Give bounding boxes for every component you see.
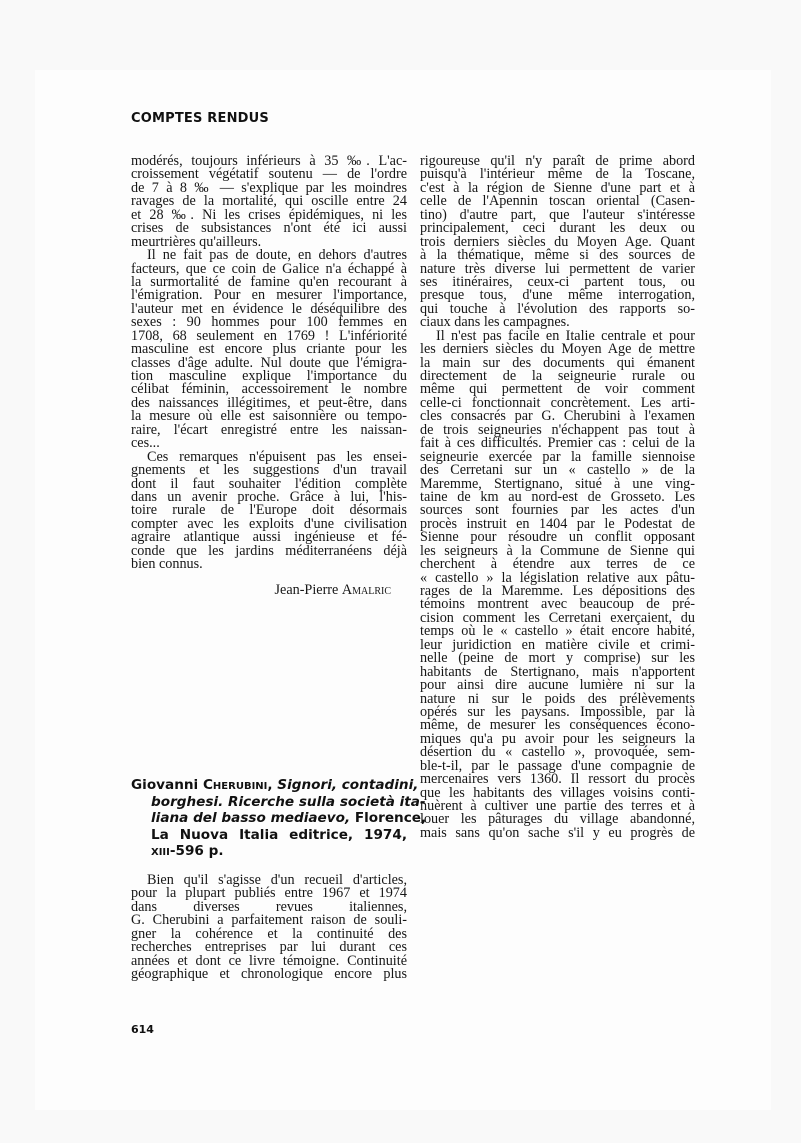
publisher-year: La Nuova Italia editrice, 1974, (151, 827, 407, 843)
right-column: rigoureuse qu'il n'y paraît de prime abo… (420, 155, 695, 840)
author-last-name: Cherubini (203, 777, 267, 793)
biblio-line: borghesi. Ricerche sulla società ita- (131, 794, 407, 811)
text-line: mais sans qu'on sache s'il y eu progrès … (420, 827, 695, 840)
book-title-part: borghesi. Ricerche sulla società ita- (151, 794, 426, 810)
text-line: géographique et chronologique encore plu… (131, 968, 407, 981)
page-count: -596 p. (170, 843, 224, 859)
biblio-line: liana del basso mediaevo, Florence, (131, 810, 407, 827)
biblio-line: La Nuova Italia editrice, 1974, (131, 827, 407, 844)
book-title-part: liana del basso mediaevo, (151, 810, 350, 826)
signature-last-name: Amalric (342, 582, 391, 598)
biblio-line: Giovanni Cherubini, Signori, contadini, (131, 777, 407, 794)
signature-first-name: Jean-Pierre (275, 582, 339, 598)
publication-place: Florence, (355, 810, 426, 826)
biblio-line: xiii-596 p. (131, 843, 407, 860)
page-number: 614 (131, 1023, 154, 1036)
text-line: bien connus. (131, 558, 407, 571)
bibliographic-heading: Giovanni Cherubini, Signori, contadini, … (131, 777, 407, 860)
running-head: COMPTES RENDUS (131, 111, 269, 126)
left-column-review-body: Bien qu'il s'agisse d'un recueil d'artic… (131, 874, 407, 982)
page-count-roman: xiii (151, 843, 170, 859)
review-signature: Jean-Pierre Amalric (131, 584, 407, 597)
author-first-name: Giovanni (131, 777, 198, 793)
book-title-part: Signori, contadini, (277, 777, 418, 793)
left-column: modérés, toujours inférieurs à 35 ‰. L'a… (131, 155, 407, 597)
text-line: raire, l'écart enregistré entre les nais… (131, 424, 407, 437)
